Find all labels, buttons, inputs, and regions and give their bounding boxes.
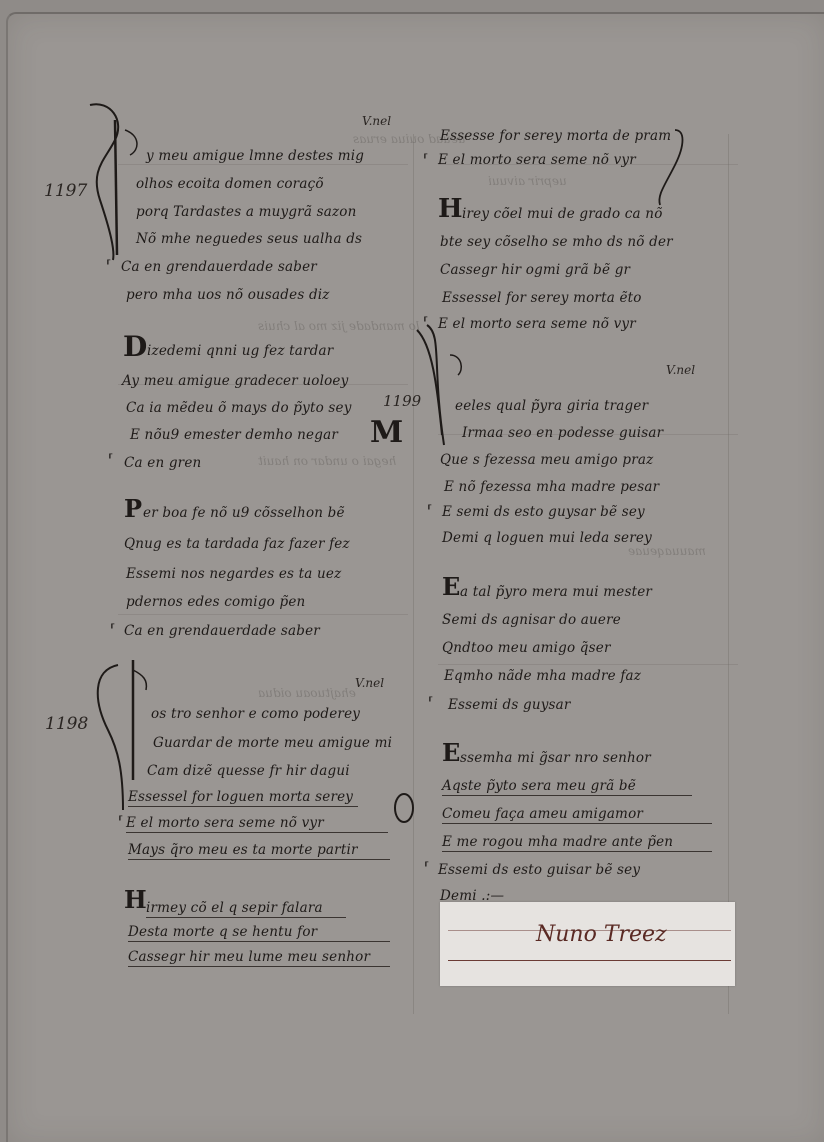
verse-line: Comeu faça ameu amigamor	[442, 806, 712, 824]
refrain-line: pero mha uos nõ ousades diz	[126, 287, 330, 303]
margin-note: V.nel	[362, 114, 391, 128]
paragraph-mark-icon: ⸢	[118, 814, 123, 830]
signature: Nuno Treez	[536, 922, 667, 947]
refrain-line: Ca en gren	[124, 455, 201, 471]
verse-line: Aqste p̃yto sera meu grã bẽ	[442, 778, 692, 796]
paragraph-mark-icon: ⸢	[427, 503, 432, 519]
refrain-line: E el morto sera seme nõ vyr	[438, 152, 636, 168]
verse-line: Qndtoo meu amigo q̃ser	[442, 640, 611, 656]
verse-line: Cam dizẽ quesse fr hir dagui	[147, 763, 350, 779]
refrain-line: Demi q loguen mui leda serey	[442, 530, 652, 546]
verse-line: irmey cõ el q sepir falara	[146, 900, 346, 918]
initial-e: E	[442, 741, 460, 765]
paragraph-mark-icon: ⸢	[428, 695, 433, 711]
bleed-through-text: mauuaqeuae	[628, 544, 706, 558]
paragraph-mark-icon: ⸢	[110, 622, 115, 638]
pasted-slip: Nuno Treez	[440, 902, 735, 986]
margin-note: V.nel	[666, 363, 695, 377]
refrain-line: Ca en grendauerdade saber	[124, 623, 320, 639]
paragraph-mark-icon: ⸢	[106, 258, 111, 274]
verse-line: Cassegr hir ogmi grã bẽ gr	[440, 262, 630, 278]
verse-line: Cassegr hir meu lume meu senhor	[128, 949, 390, 967]
verse-line: Guardar de morte meu amigue mi	[153, 735, 392, 751]
flourish-loop-icon	[392, 790, 422, 830]
verse-line: E nõu9 emester demho negar	[130, 427, 338, 443]
initial-h: H	[124, 888, 147, 912]
paragraph-mark-icon: ⸢	[423, 315, 428, 331]
verse-line: y meu amigue lmne destes mig	[146, 148, 364, 164]
verse-line: Mays q̃ro meu es ta morte partir	[128, 842, 390, 860]
verse-line: Desta morte q se hentu for	[128, 924, 390, 942]
verse-line: eeles qual p̃yra giria trager	[455, 398, 648, 414]
bleed-through-text: ueprir aivuui	[488, 174, 567, 188]
verse-line: er boa fe nõ u9 cõsselhon bẽ	[143, 505, 345, 521]
refrain-line: Ca en grendauerdade saber	[121, 259, 317, 275]
refrain-line: Essemi ds esto guisar bẽ sey	[438, 862, 640, 878]
verse-line: Que s fezessa meu amigo praz	[440, 452, 653, 468]
verse-line: irey cõel mui de grado ca nõ	[462, 206, 663, 222]
verse-line: Essessel for loguen morta serey	[128, 789, 358, 807]
bleed-through-text: ehajtuoau oidua	[258, 686, 356, 700]
refrain-line: E el morto sera seme nõ vyr	[438, 316, 636, 332]
verse-line: Ay meu amigue gradecer uoloey	[122, 373, 348, 389]
verse-line: Essesse for serey morta de pram	[440, 128, 671, 144]
verse-line: E nõ fezessa mha madre pesar	[444, 479, 659, 495]
verse-line: Eqmho nãde mha madre faz	[444, 668, 641, 684]
refrain-line: E semi ds esto guysar bẽ sey	[442, 504, 645, 520]
paragraph-mark-icon: ⸢	[423, 152, 428, 168]
bleed-through-text: lo mandade jiz mo al chuis	[258, 319, 420, 333]
verse-line: Nõ mhe neguedes seus ualha ds	[136, 231, 362, 247]
paragraph-mark-icon: ⸢	[424, 860, 429, 876]
verse-line: E me rogou mha madre ante p̃en	[442, 834, 712, 852]
verse-line: os tro senhor e como poderey	[151, 706, 360, 722]
verse-line: izedemi qnni ug fez tardar	[147, 343, 333, 359]
refrain-line: E el morto sera seme nõ vyr	[126, 815, 388, 833]
verse-line: Qnug es ta tardada faz fazer fez	[124, 536, 350, 552]
margin-note: V.nel	[355, 676, 384, 690]
verse-line: Essessel for serey morta ẽto	[442, 290, 642, 306]
verse-line: olhos ecoita domen coraçõ	[136, 176, 324, 192]
bleed-through-text: hegai o undar on hauit	[258, 454, 396, 468]
verse-line: pdernos edes comigo p̃en	[126, 594, 305, 610]
paragraph-mark-icon: ⸢	[108, 452, 113, 468]
initial-h: H	[438, 196, 463, 222]
initial-d: D	[123, 333, 147, 361]
verse-line: bte sey cõselho se mho ds nõ der	[440, 234, 673, 250]
initial-e: E	[442, 575, 460, 599]
margin-capital-m: M	[370, 418, 403, 448]
poem-number-1197: 1197	[44, 181, 87, 201]
verse-line: Ca ia mẽdeu õ mays do p̃yto sey	[126, 400, 352, 416]
verse-line: ssemha mi g̃sar nro senhor	[460, 750, 651, 766]
verse-line: a tal p̃yro mera mui mester	[460, 584, 652, 600]
verse-line: Essemi nos negardes es ta uez	[126, 566, 341, 582]
verse-line: Irmaa seo en podesse guisar	[462, 425, 663, 441]
flourish-initial-v-icon	[412, 325, 472, 465]
initial-p: P	[124, 497, 142, 521]
refrain-line: Essemi ds guysar	[448, 697, 571, 713]
verse-line: porq Tardastes a muygrã sazon	[136, 204, 356, 220]
verse-line: Semi ds agnisar do auere	[442, 612, 621, 628]
poem-number-1198: 1198	[45, 714, 88, 734]
